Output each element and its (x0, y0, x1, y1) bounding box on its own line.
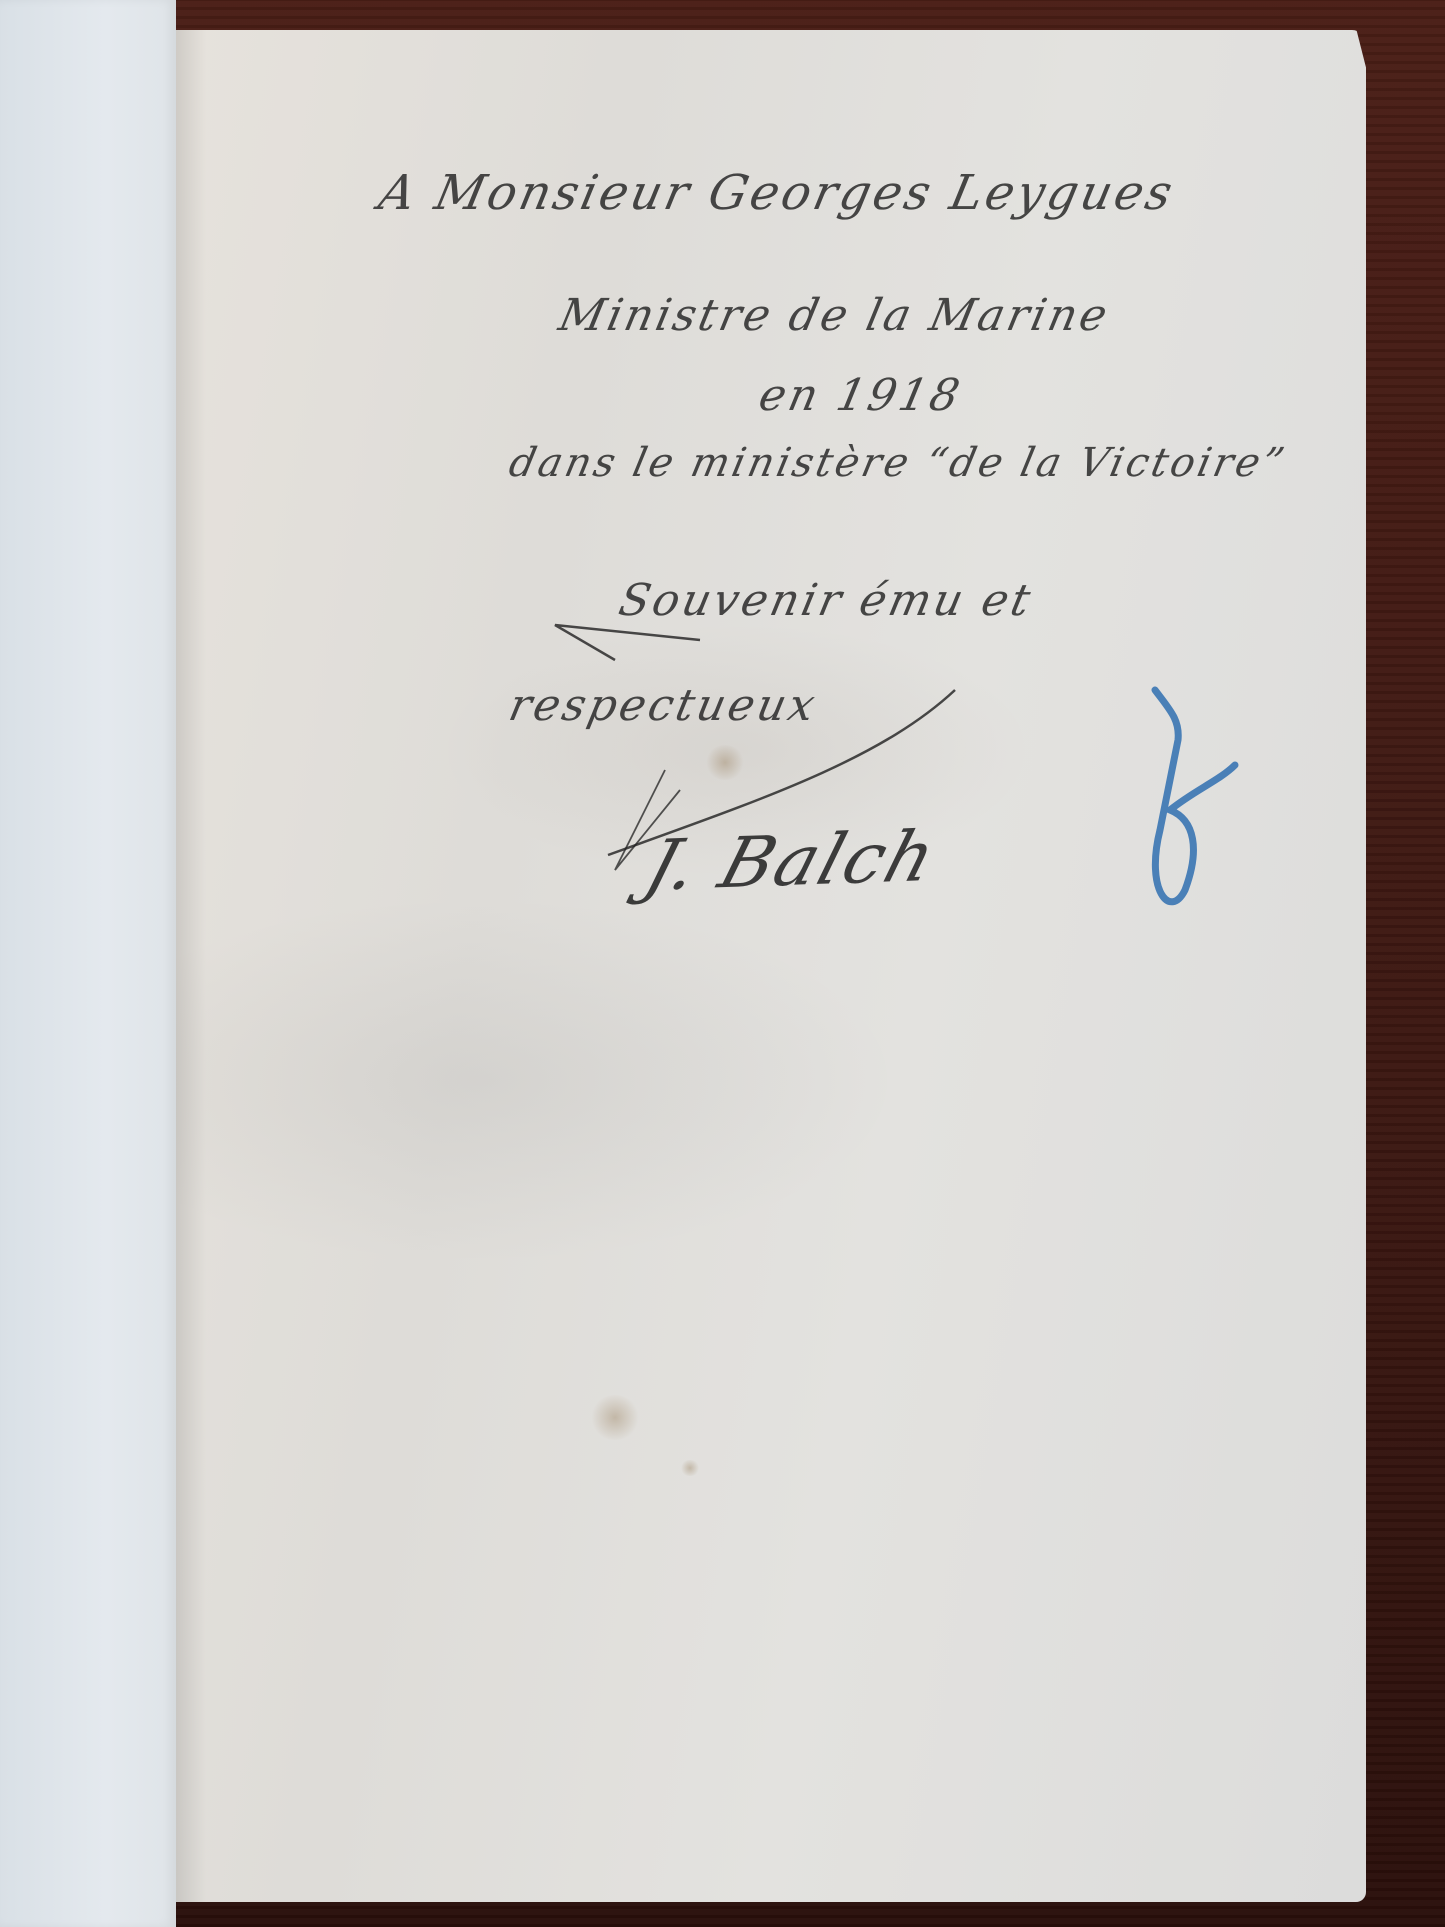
blue-pencil-mark (1140, 680, 1260, 940)
signature-flourish (0, 0, 1445, 1927)
inscription: A Monsieur Georges Leygues Ministre de l… (0, 0, 1445, 1927)
